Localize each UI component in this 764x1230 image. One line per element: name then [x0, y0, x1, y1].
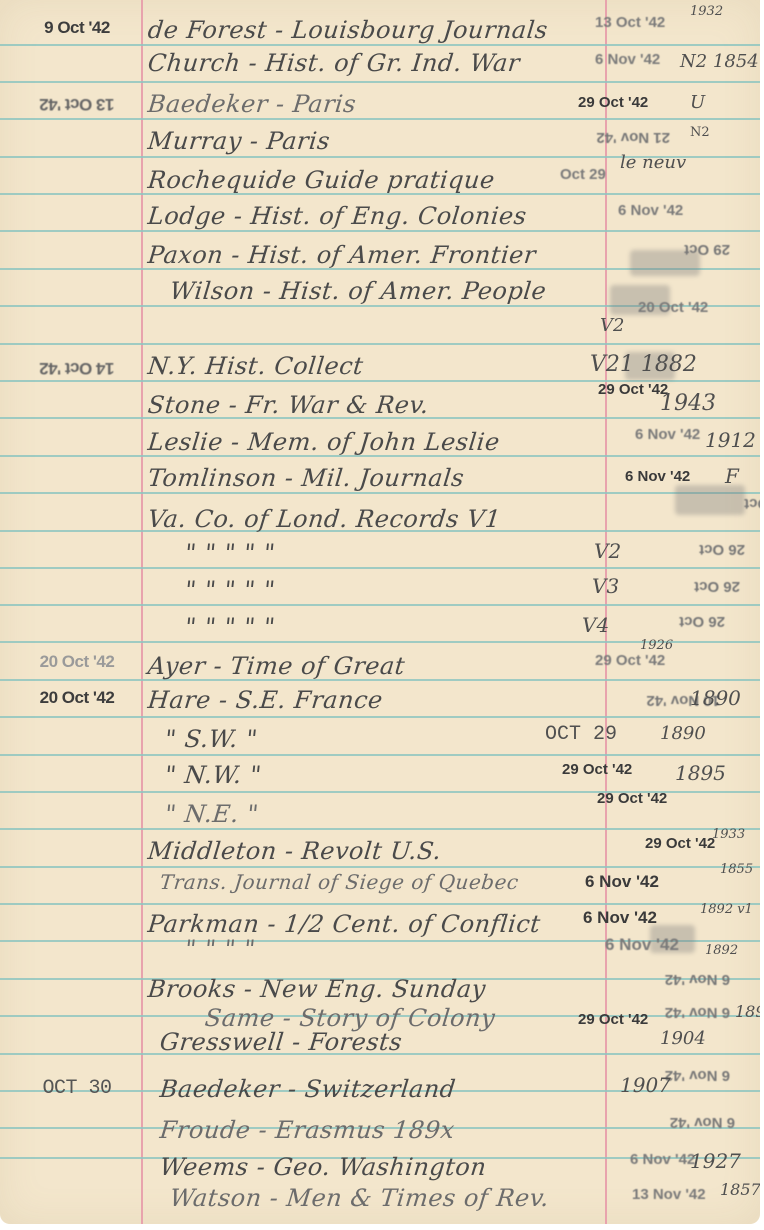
due-stamp: 26 Oct — [690, 495, 760, 512]
book-entry: Stone - Fr. War & Rev. — [147, 391, 610, 419]
margin-note: V4 — [582, 613, 662, 637]
book-entry: " " " " " — [184, 613, 647, 641]
date-stamp: 14 Oct '42 — [22, 358, 132, 378]
margin-note: U — [690, 92, 760, 113]
margin-note: N2 1854 — [680, 51, 760, 72]
margin-note: F — [725, 464, 760, 488]
ledger-row: Va. Co. of Lond. Records V1 26 Oct — [0, 495, 760, 532]
margin-note: 1927 — [690, 1149, 760, 1173]
due-stamp: 29 Oct '42 — [597, 790, 697, 807]
book-entry: N.Y. Hist. Collect — [147, 352, 610, 380]
margin-note: V21 1882 — [590, 352, 670, 377]
book-entry: " " " " " — [184, 539, 647, 567]
book-entry: Trans. Journal of Siege of Quebec — [159, 870, 622, 894]
margin-note: 1933 — [712, 827, 760, 842]
book-entry: Murray - Paris — [147, 127, 610, 155]
margin-note: 1904 — [660, 1028, 740, 1049]
due-stamp: 6 Nov '42 — [635, 1114, 735, 1131]
ledger-row: Trans. Journal of Siege of Quebec 6 Nov … — [0, 868, 760, 905]
ledger-row: Stone - Fr. War & Rev. 29 Oct '42 1943 — [0, 383, 760, 420]
book-entry: Weems - Geo. Washington — [159, 1153, 622, 1181]
ledger-row: Froude - Erasmus 189x 6 Nov '42 — [0, 1108, 760, 1145]
due-stamp: 29 Oct '42 — [578, 1011, 678, 1028]
margin-note: 1855 — [720, 862, 760, 877]
margin-note: le neuv — [620, 152, 700, 173]
date-stamp: 20 Oct '42 — [22, 652, 132, 672]
due-stamp: 6 Nov '42 — [585, 872, 685, 892]
book-entry: Ayer - Time of Great — [147, 652, 610, 680]
ledger-row: Leslie - Mem. of John Leslie 6 Nov '42 1… — [0, 420, 760, 457]
book-entry: Baedeker - Switzerland — [159, 1075, 622, 1103]
book-entry: Church - Hist. of Gr. Ind. War — [147, 49, 610, 77]
due-stamp: 20 Oct '42 — [638, 299, 738, 316]
book-entry: de Forest - Louisbourg Journals — [147, 16, 610, 44]
margin-note: 1895 — [675, 761, 755, 785]
ledger-row: Wilson - Hist. of Amer. People 20 Oct '4… — [0, 271, 760, 308]
due-stamp: 13 Oct '42 — [595, 14, 695, 31]
book-entry: Leslie - Mem. of John Leslie — [147, 428, 610, 456]
ledger-row: 20 Oct '42 Ayer - Time of Great 29 Oct '… — [0, 644, 760, 681]
ledger-row: Rochequide Guide pratique Oct 29 le neuv — [0, 158, 760, 195]
due-stamp: 29 Oct '42 — [562, 761, 662, 778]
book-entry: Lodge - Hist. of Eng. Colonies — [147, 202, 610, 230]
ledger-row: Lodge - Hist. of Eng. Colonies 6 Nov '42 — [0, 196, 760, 233]
date-stamp: 20 Oct '42 — [22, 688, 132, 708]
margin-note: 1912 — [705, 428, 760, 452]
due-stamp: 29 Oct '42 — [578, 94, 678, 111]
ledger-row: Church - Hist. of Gr. Ind. War 6 Nov '42… — [0, 47, 760, 84]
date-stamp: OCT 30 — [22, 1077, 132, 1100]
book-entry: Paxon - Hist. of Amer. Frontier — [147, 241, 610, 269]
due-stamp: 6 Nov '42 — [605, 935, 705, 955]
margin-note: 1890 — [690, 686, 760, 710]
book-entry: Middleton - Revolt U.S. — [147, 837, 610, 865]
ledger-row: 9 Oct '42 de Forest - Louisbourg Journal… — [0, 10, 760, 47]
ledger-row: " " " " " 26 Oct V2 — [0, 533, 760, 570]
margin-note: V2 — [600, 315, 680, 336]
margin-note: V2 — [594, 539, 674, 563]
margin-note: 1926 — [640, 638, 720, 653]
margin-note: V3 — [592, 574, 672, 598]
due-stamp: 13 Nov '42 — [632, 1186, 732, 1203]
due-stamp: 21 Nov '42 — [570, 129, 670, 146]
due-stamp: 29 Oct '42 — [595, 652, 695, 669]
book-entry: Froude - Erasmus 189x — [159, 1116, 622, 1144]
ledger-row: Middleton - Revolt U.S. 29 Oct '42 1933 — [0, 831, 760, 868]
margin-note: 1892 — [705, 943, 760, 958]
ledger-row: " " " " " 26 Oct V3 — [0, 570, 760, 607]
margin-note: N2 — [690, 125, 760, 140]
margin-note: 1907 — [620, 1073, 700, 1097]
ledger-card: 9 Oct '42 de Forest - Louisbourg Journal… — [0, 0, 760, 1224]
ledger-row: Paxon - Hist. of Amer. Frontier 29 Oct — [0, 233, 760, 270]
ledger-row: " S.W. " OCT 29 1890 — [0, 719, 760, 756]
book-entry: " " " " " — [184, 576, 647, 604]
ledger-row: 14 Oct '42 N.Y. Hist. Collect V21 1882 — [0, 346, 760, 383]
due-stamp: 6 Nov '42 — [618, 202, 718, 219]
margin-note: 1890 — [660, 723, 740, 744]
due-stamp: 6 Nov '42 — [583, 908, 683, 928]
book-entry: Brooks - New Eng. Sunday — [147, 975, 610, 1003]
margin-note: 1892 v1 — [700, 902, 760, 917]
margin-note: 1932 — [690, 4, 760, 19]
rule-line — [0, 343, 760, 345]
ledger-row: " N.E. " 29 Oct '42 — [0, 794, 760, 831]
ledger-row: Tomlinson - Mil. Journals 6 Nov '42 F — [0, 458, 760, 495]
ledger-row: OCT 30 Baedeker - Switzerland 6 Nov '42 … — [0, 1073, 760, 1110]
book-entry: Watson - Men & Times of Rev. — [169, 1184, 632, 1212]
ledger-row: " N.W. " 29 Oct '42 1895 — [0, 757, 760, 794]
ledger-row: Watson - Men & Times of Rev. 13 Nov '42 … — [0, 1180, 760, 1217]
ledger-row: Weems - Geo. Washington 6 Nov '42 1927 — [0, 1145, 760, 1182]
book-entry: Rochequide Guide pratique — [147, 166, 610, 194]
book-entry: Wilson - Hist. of Amer. People — [169, 277, 632, 305]
book-entry: Va. Co. of Lond. Records V1 — [147, 505, 610, 533]
book-entry: " " " " — [184, 935, 647, 963]
book-entry: Hare - S.E. France — [147, 686, 610, 714]
due-stamp: 6 Nov '42 — [625, 468, 725, 485]
book-entry: " N.W. " — [164, 761, 627, 789]
margin-note: 1857 — [720, 1180, 760, 1199]
ledger-row: 20 Oct '42 Hare - S.E. France 10 Nov '42… — [0, 682, 760, 719]
date-stamp: 9 Oct '42 — [22, 18, 132, 38]
margin-note: 1893 — [735, 1002, 760, 1021]
ledger-row: 13 Oct '42 Baedeker - Paris 29 Oct '42 U — [0, 84, 760, 121]
date-stamp: 13 Oct '42 — [22, 94, 132, 114]
book-entry: Gresswell - Forests — [159, 1028, 622, 1056]
book-entry: Baedeker - Paris — [147, 90, 610, 118]
due-stamp: 29 Oct — [630, 241, 730, 258]
margin-note: 1943 — [660, 391, 740, 416]
due-stamp: 6 Nov '42 — [630, 971, 730, 988]
book-entry: Parkman - 1/2 Cent. of Conflict — [147, 910, 610, 938]
book-entry: Tomlinson - Mil. Journals — [147, 464, 610, 492]
book-entry: " N.E. " — [164, 800, 627, 828]
due-stamp: OCT 29 — [545, 723, 645, 746]
